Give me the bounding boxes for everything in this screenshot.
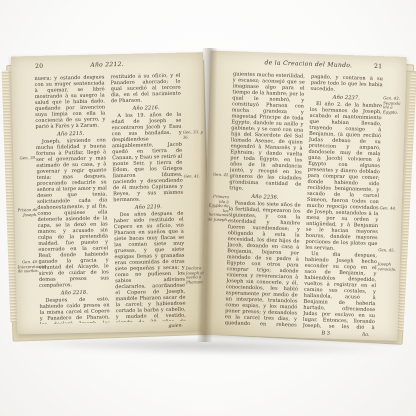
right-page-header: de la Creacion del Mundo. 21 <box>232 58 384 72</box>
text-column: pagado, y contaron à su padre todo lo qu… <box>303 74 383 330</box>
running-title: de la Creacion del Mundo. <box>232 58 384 70</box>
text-columns: nuera; y estando despues con su muger se… <box>34 73 186 324</box>
open-book: 20 Año 2212. Gen. 39. Prision de Joseph.… <box>5 41 410 354</box>
left-page: 20 Año 2212. Gen. 39. Prision de Joseph.… <box>11 52 209 334</box>
right-page: de la Creacion del Mundo. 21 Gen. 42. Pr… <box>201 51 406 341</box>
margin-note: Gen. 43. Segunda ida à Egypto. <box>383 96 405 115</box>
catchword: guien- <box>168 324 183 329</box>
text-columns: guientes mucha esterilidad, y escasez; a… <box>225 71 383 330</box>
paragraph: nuera; y estando despues con su muger se… <box>34 74 105 130</box>
page-number: 21 <box>374 63 382 70</box>
paragraph: pagado, y contaron à su padre todo lo qu… <box>310 74 383 94</box>
book-photo: 20 Año 2212. Gen. 39. Prision de Joseph.… <box>0 0 416 416</box>
paragraph: Pasados los siete años de la fertilidad,… <box>225 200 301 327</box>
margin-note: Joseph conocido. <box>378 262 399 272</box>
text-column: nuera; y estando despues con su muger se… <box>34 74 110 324</box>
margin-note: Gen. 40. Interpretacion de sueños. <box>18 260 39 274</box>
paragraph: restituido à su oficio, y el Panadero ah… <box>110 73 181 105</box>
paragraph: Despues de esto, habiendo caido presos e… <box>39 296 110 324</box>
running-title: Año 2212. <box>33 60 181 70</box>
margin-note: Gen. 44. <box>380 206 401 211</box>
paragraph: guientes mucha esterilidad, y escasez; a… <box>229 71 305 193</box>
paragraph: Joseph, sirviendo con mucha fidelidad y … <box>36 137 109 289</box>
catchword: lia. <box>362 333 369 338</box>
signature-mark: B 3 <box>321 330 330 336</box>
left-page-header: 20 Año 2212. <box>33 60 181 72</box>
margin-note: Gen. 39. <box>15 156 36 161</box>
paragraph: Dos años despues de haber sido restituid… <box>113 211 185 323</box>
paragraph: El año 2. de la hambre los hermanos de J… <box>305 101 382 253</box>
margin-note: Prision de Joseph. <box>16 208 37 217</box>
margin-note: Gen. 45. <box>378 248 399 253</box>
paragraph: A los 19. años de la edad de Joseph se e… <box>111 112 183 204</box>
text-column: guientes mucha esterilidad, y escasez; a… <box>225 71 305 327</box>
paragraph: Un dia despues, habiendo Joseph hecho es… <box>303 251 378 330</box>
text-column: restituido à su oficio, y el Panadero ah… <box>110 73 186 323</box>
